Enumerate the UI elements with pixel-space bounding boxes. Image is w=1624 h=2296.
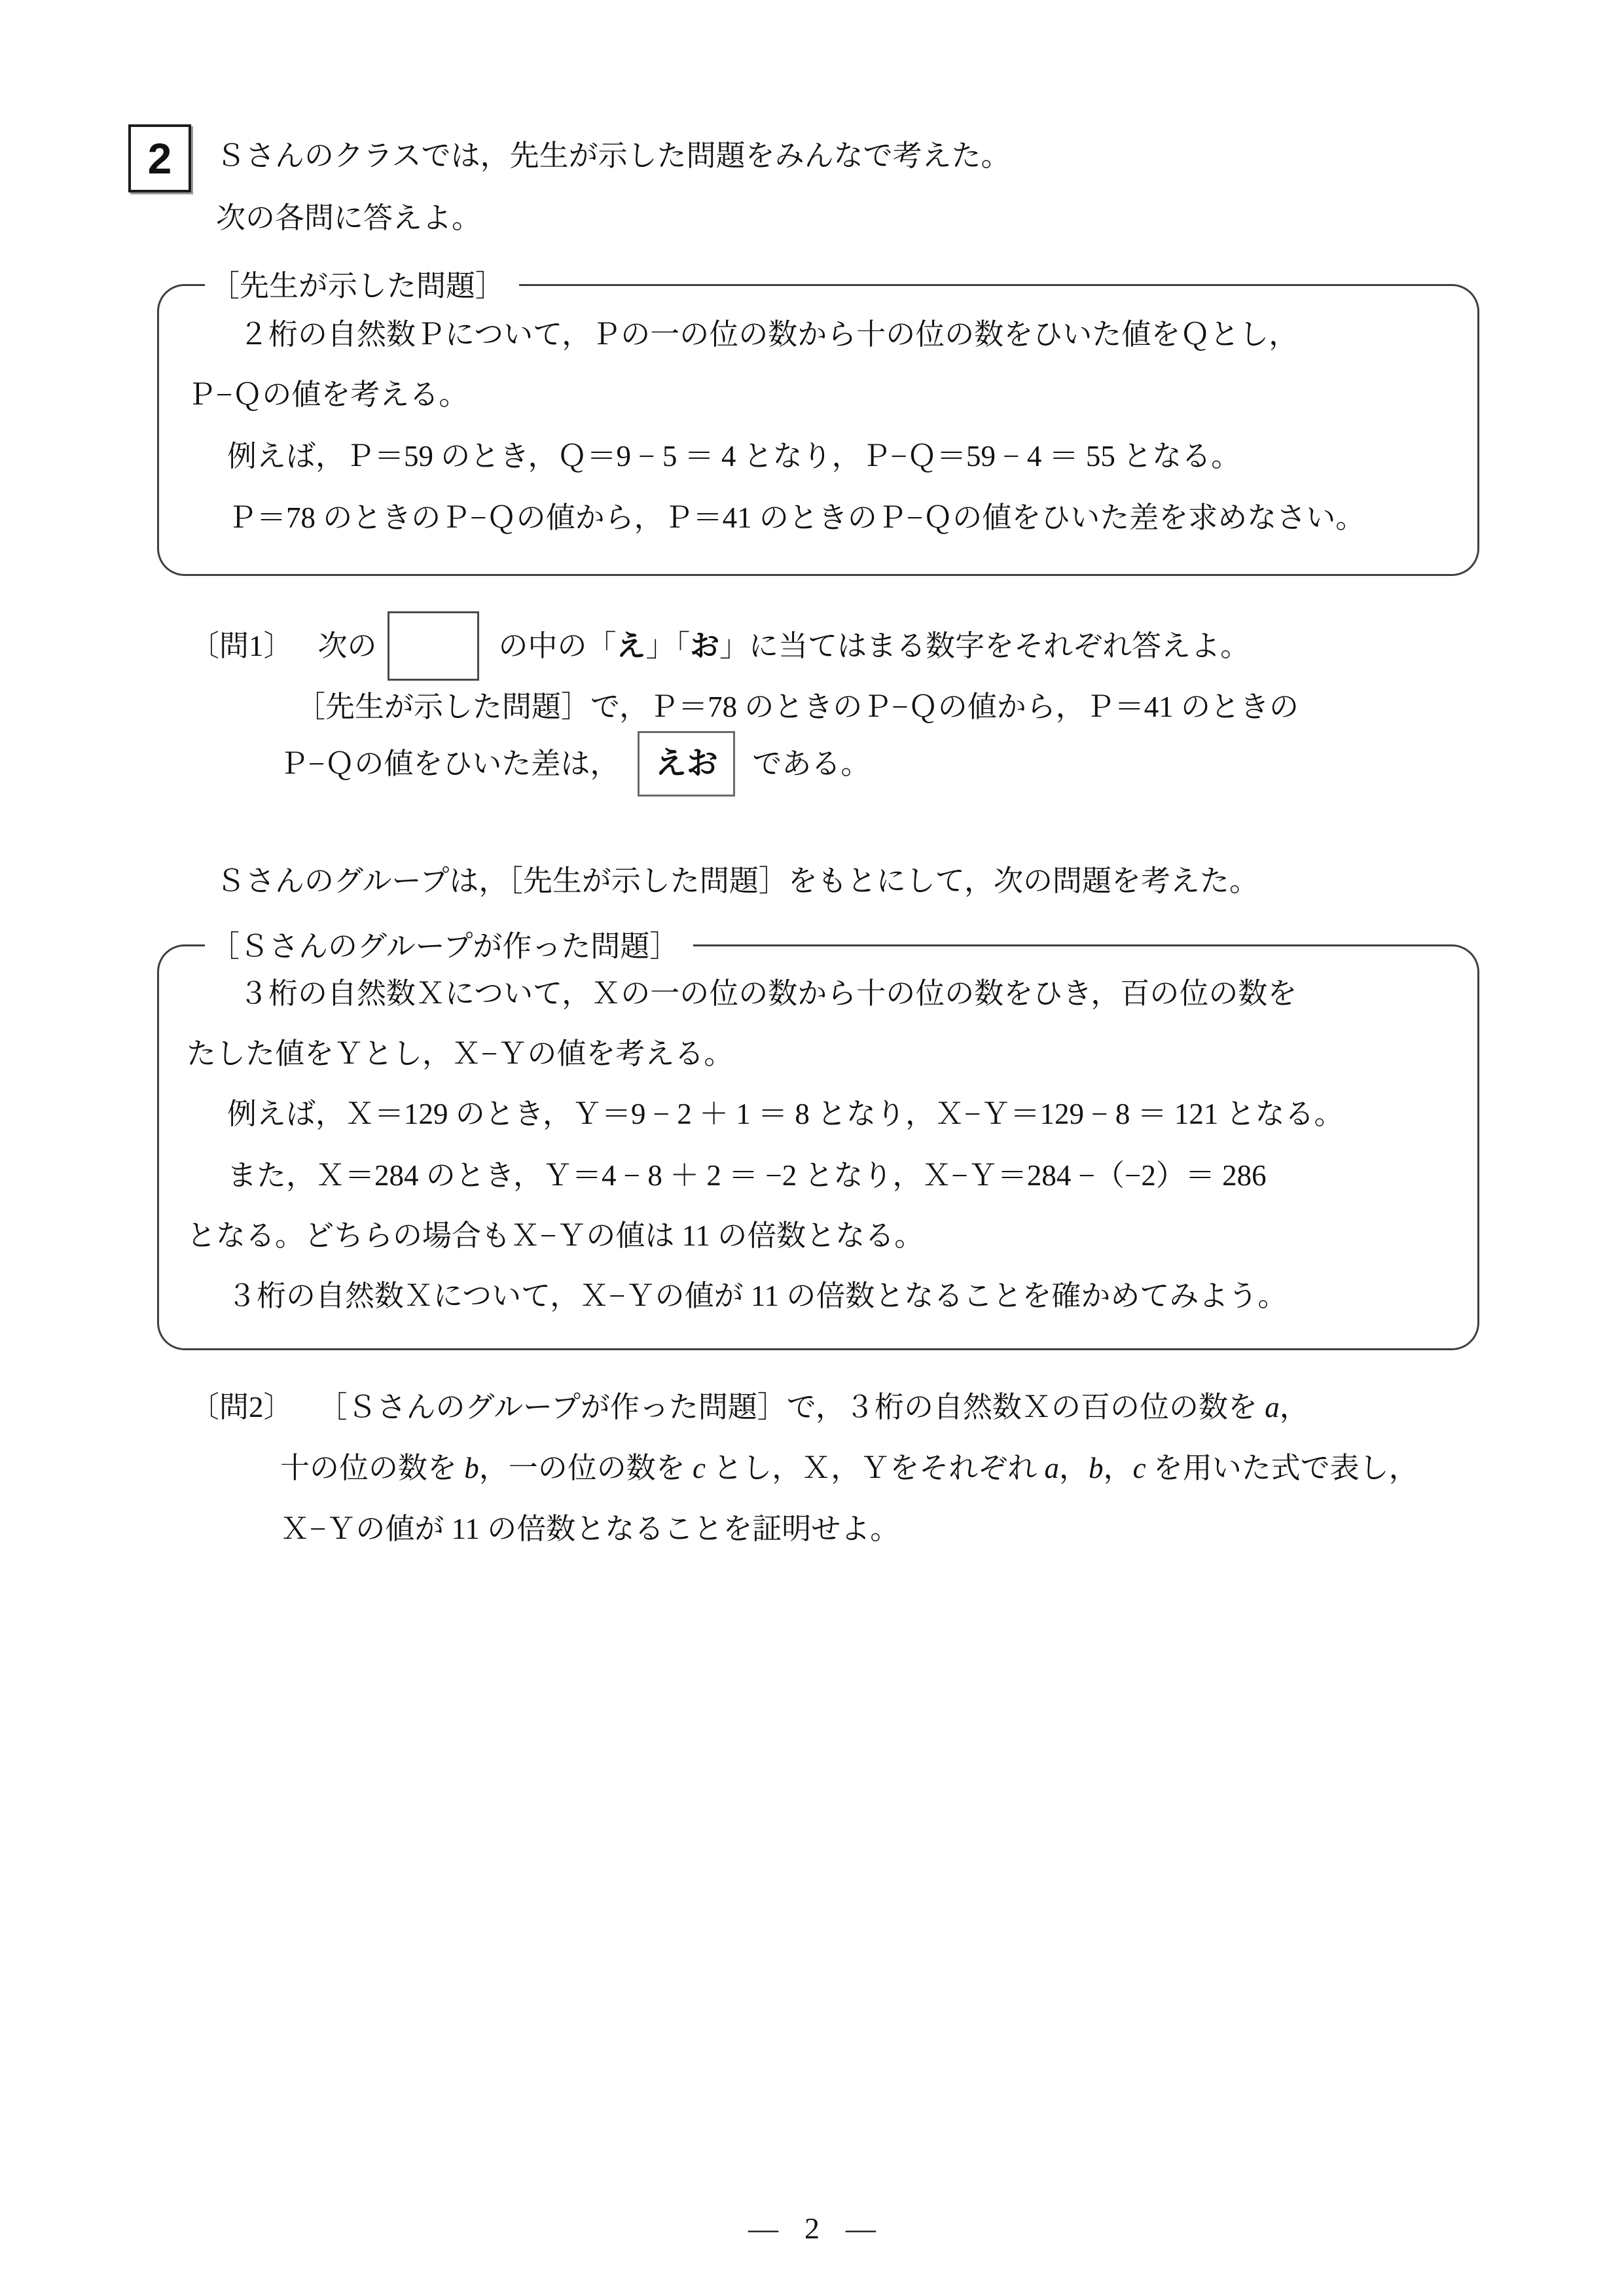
group-intro-line: Ｓさんのグループは，［先生が示した問題］をもとにして，次の問題を考えた。 (216, 863, 1259, 899)
question1-answer-box: えお (638, 731, 735, 797)
group-problem-line-6: ３桁の自然数Ｘについて，Ｘ−Ｙの値が 11 の倍数となることを確かめてみよう。 (227, 1278, 1287, 1314)
question2-line-2: 十の位の数を b，一の位の数を c とし，Ｘ，Ｙをそれぞれ a，b，c を用いた… (280, 1450, 1418, 1486)
group-problem-line-3: 例えば，Ｘ＝129 のとき，Ｙ＝9 − 2 ＋ 1 ＝ 8 となり，Ｘ−Ｙ＝12… (227, 1096, 1344, 1132)
footer-page-number: 2 (804, 2211, 820, 2246)
question1-blank-box (388, 611, 479, 681)
question1-line3-post: である。 (752, 746, 870, 781)
page-footer: — 2 — (0, 2211, 1624, 2246)
intro-line-2: 次の各問に答えよ。 (216, 200, 481, 236)
teacher-problem-line-1: ２桁の自然数Ｐについて，Ｐの一の位の数から十の位の数をひいた値をＱとし， (239, 316, 1298, 353)
footer-left-dash: — (748, 2211, 778, 2246)
question1-answer-placeholder: えお (655, 745, 718, 783)
teacher-problem-box-label: ［先生が示した問題］ (205, 268, 519, 304)
question1-lead-post: の中の「え」「お」に当てはまる数字をそれぞれ答えよ。 (499, 628, 1250, 664)
question1-lead-pre: 次の (318, 628, 377, 664)
teacher-problem-line-3: 例えば，Ｐ＝59 のとき，Ｑ＝9 − 5 ＝ 4 となり，Ｐ−Ｑ＝59 − 4 … (227, 438, 1240, 475)
question2-line-1: ［Ｓさんのグループが作った問題］で，３桁の自然数Ｘの百の位の数を a， (318, 1390, 1309, 1425)
teacher-problem-line-2: Ｐ−Ｑの値を考える。 (187, 376, 468, 413)
question1-answer-row: Ｐ−Ｑの値をひいた差は， えお である。 (279, 732, 870, 796)
group-problem-box-label: ［Ｓさんのグループが作った問題］ (205, 929, 693, 964)
question2-line-1-row: 〔問2〕 ［Ｓさんのグループが作った問題］で，３桁の自然数Ｘの百の位の数を a， (190, 1389, 1309, 1426)
teacher-problem-line-4: Ｐ＝78 のときのＰ−Ｑの値から，Ｐ＝41 のときのＰ−Ｑの値をひいた差を求めな… (227, 499, 1365, 536)
problem-number-box: 2 (128, 124, 191, 192)
intro-line-1: Ｓさんのクラスでは，先生が示した問題をみんなで考えた。 (216, 137, 1011, 174)
group-problem-box: ［Ｓさんのグループが作った問題］ ３桁の自然数Ｘについて，Ｘの一の位の数から十の… (157, 944, 1479, 1350)
question1-line3-pre: Ｐ−Ｑの値をひいた差は， (279, 746, 619, 781)
question1-label: 〔問1〕 (190, 628, 293, 664)
group-problem-line-5: となる。どちらの場合もＸ−Ｙの値は 11 の倍数となる。 (187, 1217, 924, 1254)
teacher-problem-box: ［先生が示した問題］ ２桁の自然数Ｐについて，Ｐの一の位の数から十の位の数をひい… (157, 284, 1479, 576)
question1-line-2: ［先生が示した問題］で，Ｐ＝78 のときのＰ−Ｑの値から，Ｐ＝41 のときの (296, 689, 1299, 725)
exam-page: 2 Ｓさんのクラスでは，先生が示した問題をみんなで考えた。 次の各問に答えよ。 … (0, 0, 1624, 2296)
question2-label: 〔問2〕 (190, 1390, 293, 1425)
group-problem-line-2: たした値をＹとし，Ｘ−Ｙの値を考える。 (187, 1035, 733, 1072)
group-problem-line-4: また，Ｘ＝284 のとき，Ｙ＝4 − 8 ＋ 2 ＝ −2 となり，Ｘ−Ｙ＝28… (227, 1157, 1267, 1194)
problem-number: 2 (148, 134, 172, 183)
group-problem-line-1: ３桁の自然数Ｘについて，Ｘの一の位の数から十の位の数をひき，百の位の数を (239, 975, 1297, 1012)
question2-line-3: Ｘ−Ｙの値が 11 の倍数となることを証明せよ。 (280, 1511, 899, 1547)
question1-lead-row: 〔問1〕 次の の中の「え」「お」に当てはまる数字をそれぞれ答えよ。 (190, 612, 1250, 680)
footer-right-dash: — (846, 2211, 876, 2246)
